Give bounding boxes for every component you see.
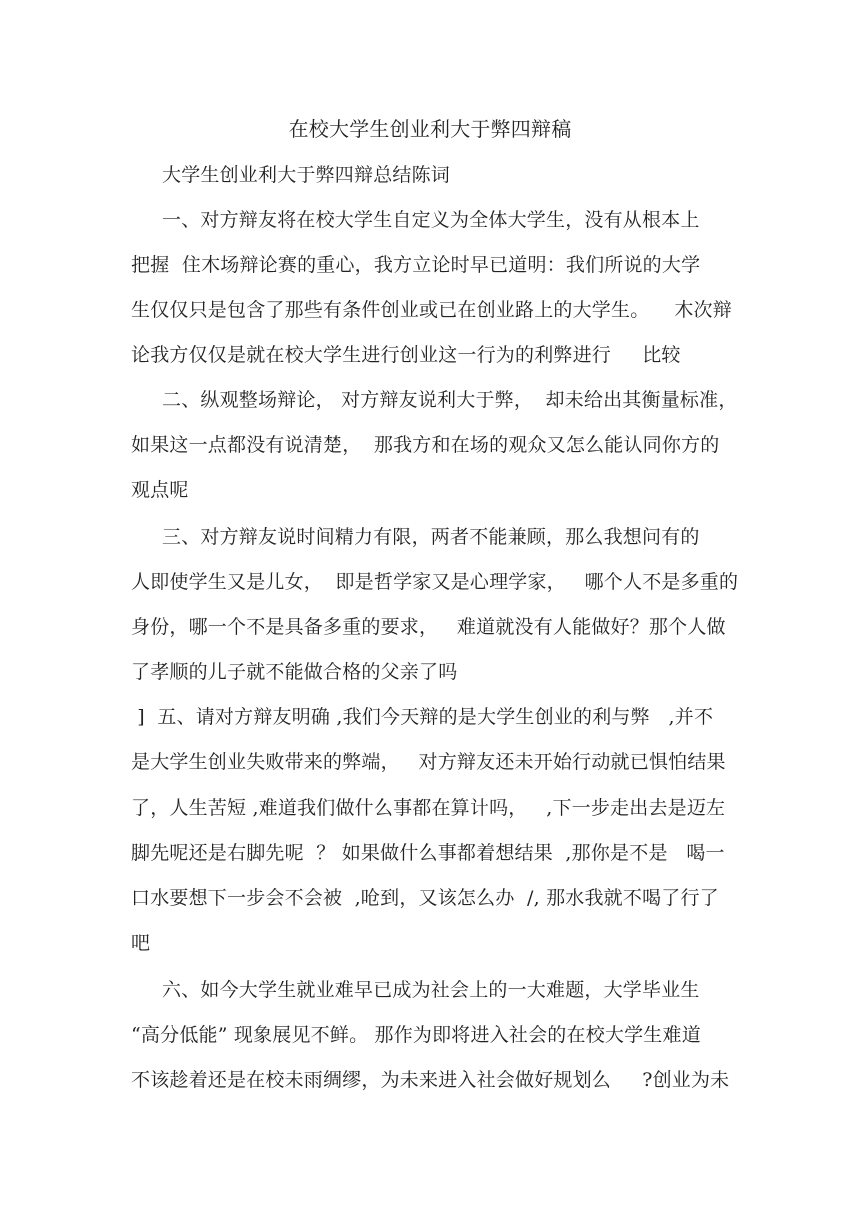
paragraph-line: 口水要想下一步会不会被 ,呛到，又该怎么办 /, 那水我就不喝了行了: [131, 886, 719, 910]
paragraph-line: “高分低能” 现象展见不鲜。 那作为即将进入社会的在校大学生难道: [131, 1023, 701, 1047]
paragraph-line: ] 五、请对方辩友明确 ,我们今天辩的是大学生创业的利与弊 ,并不: [131, 705, 713, 729]
document-title: 在校大学生创业利大于弊四辩稿: [0, 117, 860, 141]
paragraph-line: 论我方仅仅是就在校大学生进行创业这一行为的利弊进行 比较: [131, 343, 681, 367]
paragraph-line: 身份，哪一个不是具备多重的要求， 难道就没有人能做好？那个人做: [131, 615, 726, 639]
paragraph-line: 一、对方辩友将在校大学生自定义为全体大学生，没有从根本上: [162, 208, 700, 232]
paragraph-line: 了孝顺的儿子就不能做合格的父亲了吗: [131, 660, 457, 684]
paragraph-line: 生仅仅只是包含了那些有条件创业或已在创业路上的大学生。 木次辩: [131, 298, 732, 322]
paragraph-line: 六、如今大学生就业难早已成为社会上的一大难题，大学毕业生: [162, 978, 700, 1002]
paragraph-line: 不该趁着还是在校未雨绸缪，为未来进入社会做好规划么 ?创业为未: [131, 1068, 729, 1092]
paragraph-line: 二、纵观整场辩论， 对方辩友说利大于弊， 却未给出其衡量标准，: [162, 388, 738, 412]
paragraph-line: 吧: [131, 931, 150, 955]
paragraph-line: 脚先呢还是右脚先呢 ？ 如果做什么事都着想结果 ,那你是不是 喝一: [131, 841, 725, 865]
paragraph-line: 大学生创业利大于弊四辩总结陈词: [162, 163, 450, 187]
paragraph-line: 把握 住木场辩论赛的重心，我方立论时早已道明：我们所说的大学: [131, 253, 700, 277]
paragraph-line: 观点呢: [131, 478, 189, 502]
paragraph-line: 是大学生创业失败带来的弊端， 对方辩友还未开始行动就已惧怕结果: [131, 750, 726, 774]
paragraph-line: 人即使学生又是儿女， 即是哲学家又是心理学家， 哪个人不是多重的: [131, 570, 738, 594]
paragraph-line: 了，人生苦短 ,难道我们做什么事都在算计吗， ,下一步走出去是迈左: [131, 796, 725, 820]
paragraph-line: 如果这一点都没有说清楚， 那我方和在场的观众又怎么能认同你方的: [131, 433, 719, 457]
paragraph-line: 三、对方辩友说时间精力有限，两者不能兼顾，那么我想问有的: [162, 525, 700, 549]
document-page: 在校大学生创业利大于弊四辩稿 大学生创业利大于弊四辩总结陈词一、对方辩友将在校大…: [0, 0, 860, 1218]
